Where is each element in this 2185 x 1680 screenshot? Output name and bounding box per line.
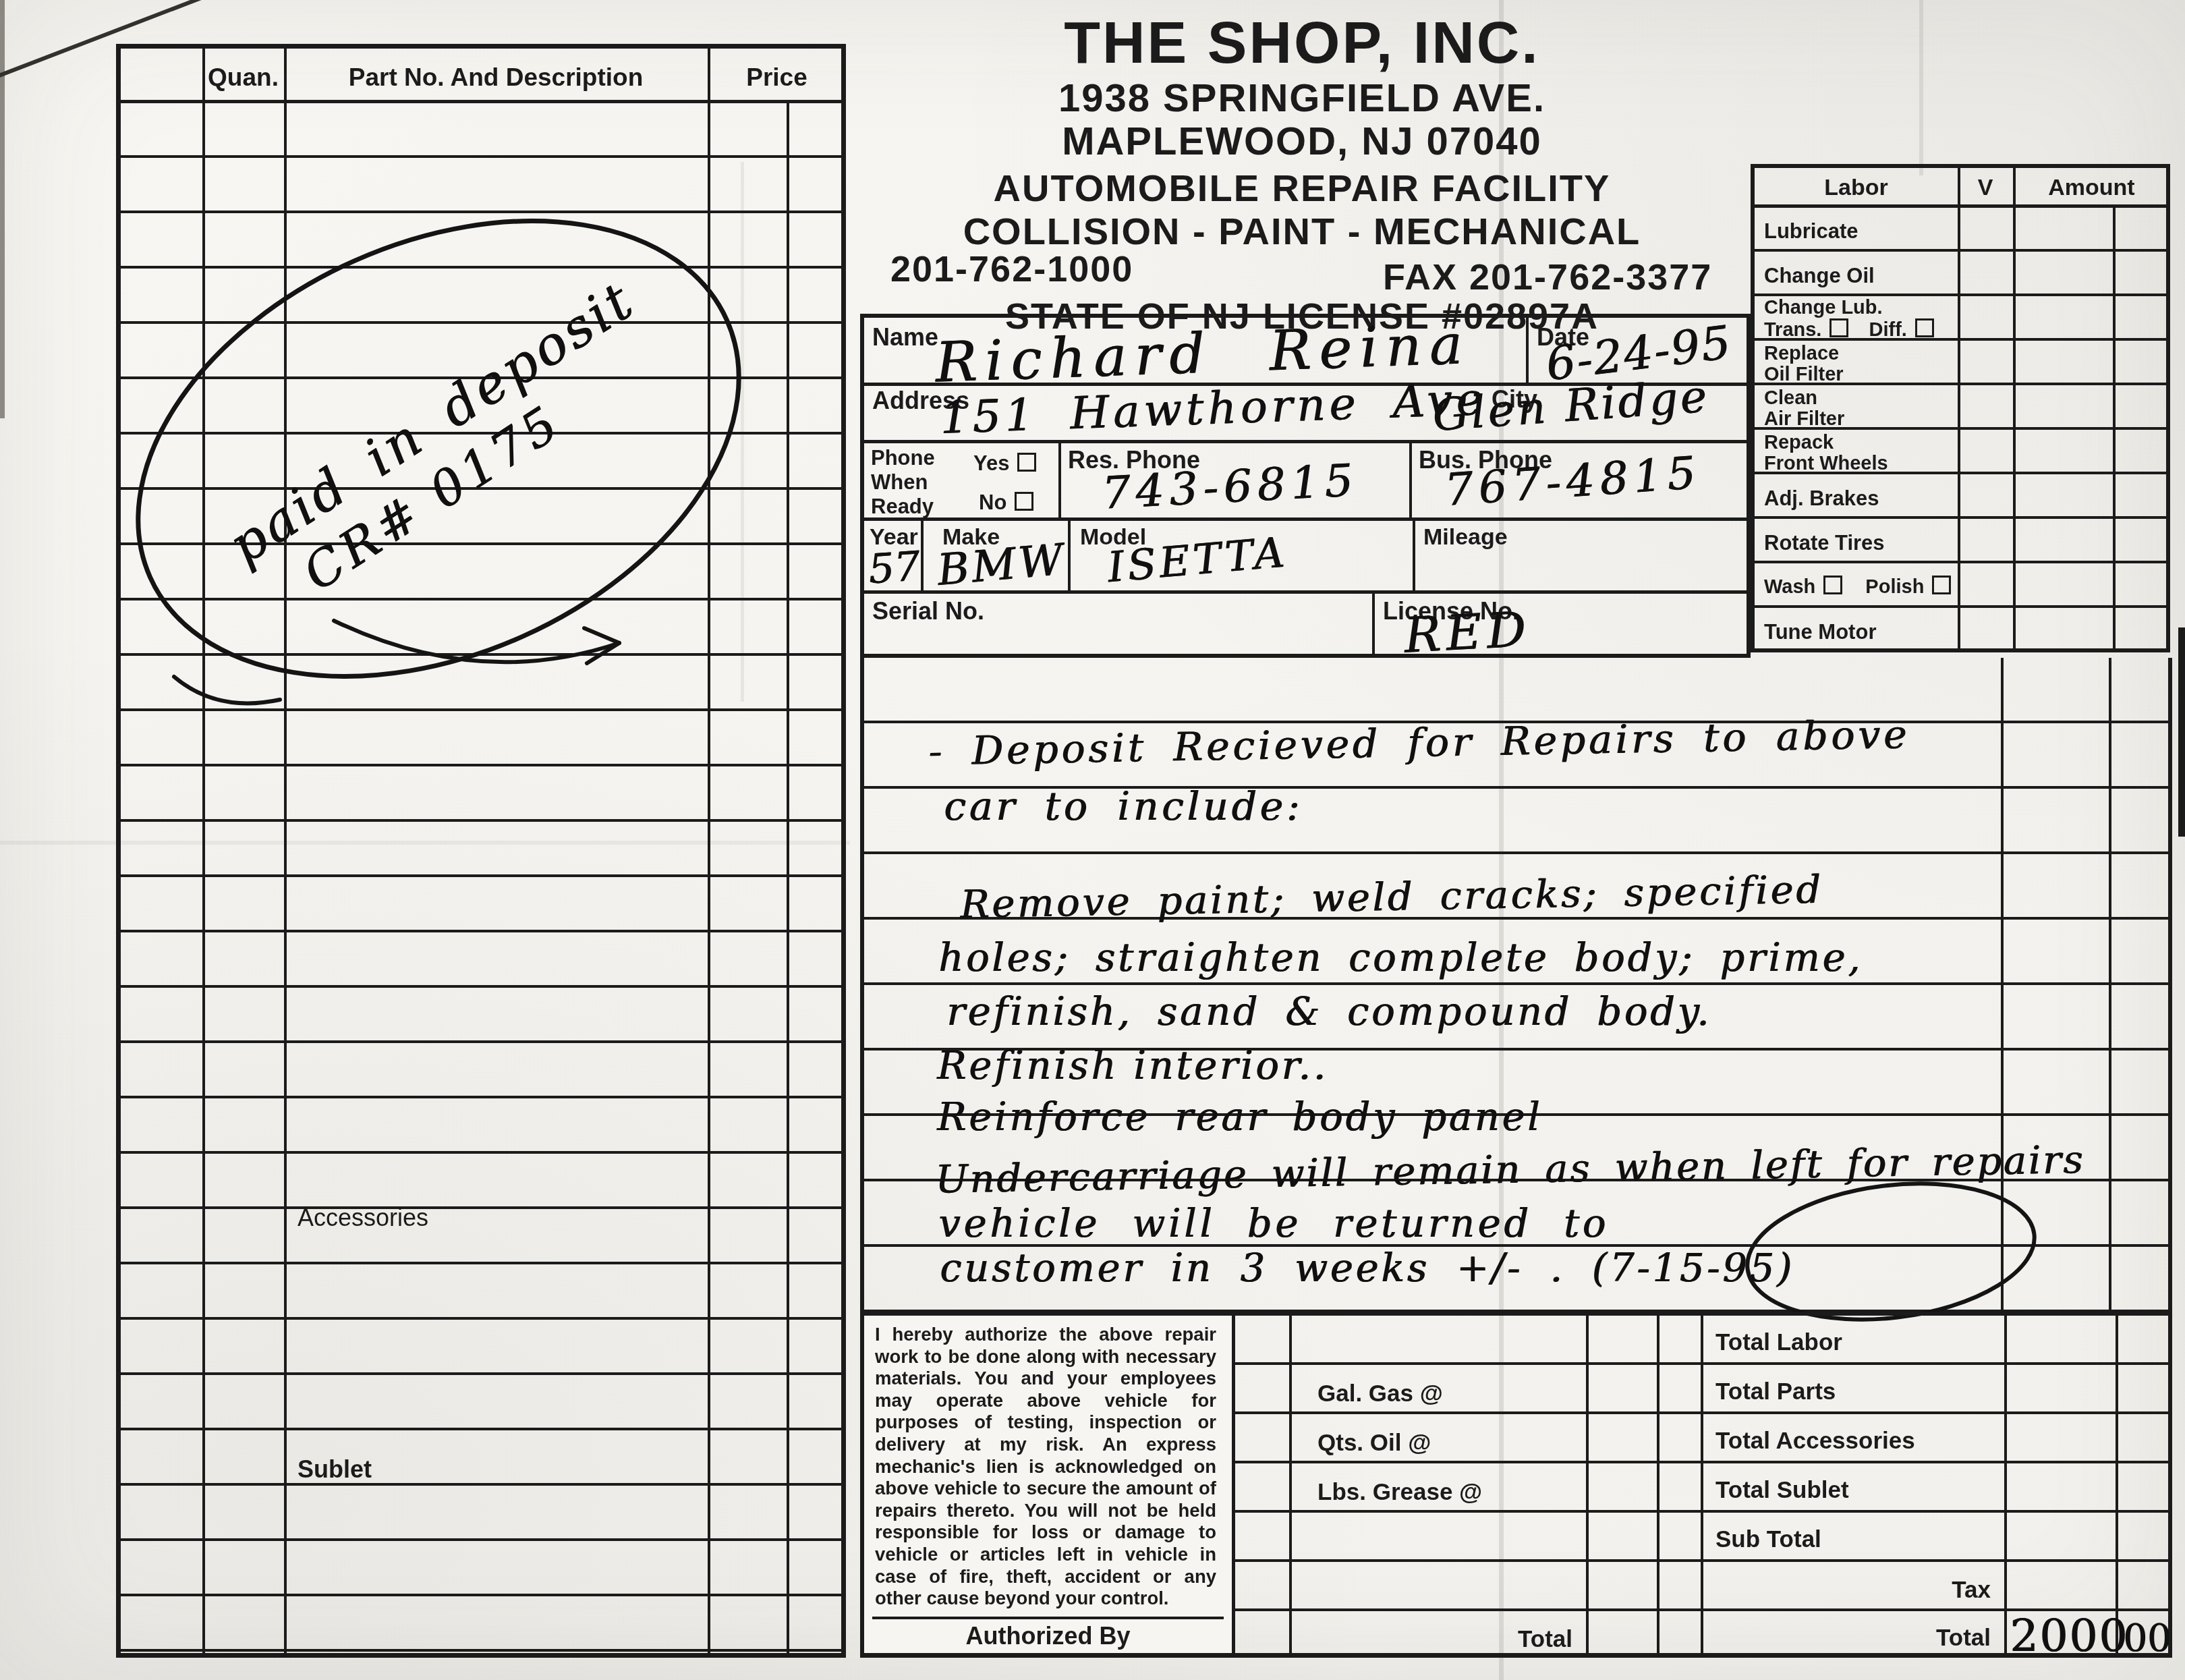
res-bus-divider xyxy=(1409,443,1412,517)
mileage-field-label: Mileage xyxy=(1423,524,1508,551)
serial-license-divider xyxy=(1372,594,1375,654)
customer-vehicle-form: Name Date Richard Reina 6-24-95 Address … xyxy=(860,314,1751,658)
labor-trans-label: Trans. xyxy=(1764,319,1821,341)
parts-header-divider xyxy=(121,100,841,103)
company-facility-line2: COLLISION - PAINT - MECHANICAL xyxy=(863,209,1740,253)
note-line-vehicle-returned: vehicle will be returned to xyxy=(938,1202,1609,1246)
note-line-include: car to include: xyxy=(944,783,1303,829)
work-notes-area: - Deposit Recieved for Repairs to above … xyxy=(860,658,2172,1312)
parts-col-description-header: Part No. And Description xyxy=(284,63,708,92)
bottom-divider-1 xyxy=(1289,1316,1292,1653)
fluids-total-label: Total xyxy=(1336,1626,1572,1653)
labor-amount-divider xyxy=(2013,168,2016,648)
parts-col-quan-header: Quan. xyxy=(202,63,284,92)
labor-row-lubricate: Lubricate xyxy=(1764,219,1858,244)
labor-row-clean-air-filter: Clean Air Filter xyxy=(1764,388,1844,430)
left-edge-shadow xyxy=(0,0,5,418)
labor-row-rotate-tires: Rotate Tires xyxy=(1764,531,1885,555)
labor-header-divider xyxy=(1755,204,2166,208)
bottom-divider-2 xyxy=(1586,1316,1589,1653)
labor-table: Labor V Amount Lubricate Change Oil Chan… xyxy=(1751,164,2170,652)
note-line-refinish-interior: Refinish interior.. xyxy=(937,1044,1328,1088)
bottom-divider-6 xyxy=(2116,1316,2118,1653)
bottom-right-border xyxy=(2168,1316,2172,1653)
gal-gas-label: Gal. Gas @ xyxy=(1317,1380,1443,1407)
note-line-reinforce: Reinforce rear body panel xyxy=(937,1095,1542,1140)
sublet-section-label: Sublet xyxy=(297,1455,372,1484)
repair-order-scan: Quan. Part No. And Description Price Acc… xyxy=(0,0,2185,1680)
bottom-section: I hereby authorize the above repair work… xyxy=(860,1312,2172,1658)
vertical-fold-topright xyxy=(1919,0,1923,175)
total-sublet-label: Total Sublet xyxy=(1715,1477,1849,1504)
labor-check-col-header: V xyxy=(1958,175,2013,201)
labor-row-repack-front-wheels: Repack Front Wheels xyxy=(1764,432,1888,474)
bottom-divider-5 xyxy=(2004,1316,2007,1653)
labor-row-change-lub: Change Lub. Trans. Diff. xyxy=(1764,298,1934,341)
name-date-divider xyxy=(1526,318,1529,383)
phone-no-option: No xyxy=(979,491,1033,515)
company-facility-line1: AUTOMOBILE REPAIR FACILITY xyxy=(863,166,1740,210)
labor-row-replace-oil-filter: Replace Oil Filter xyxy=(1764,343,1844,385)
labor-wash-label: Wash xyxy=(1764,576,1815,598)
total-labor-label: Total Labor xyxy=(1715,1329,1842,1356)
model-mileage-divider xyxy=(1413,521,1415,590)
company-address-line2: MAPLEWOOD, NJ 07040 xyxy=(863,119,1740,164)
phone-res-divider xyxy=(1058,443,1061,517)
diff-checkbox xyxy=(1915,318,1934,337)
total-cents-handwriting: 00 xyxy=(2123,1617,2171,1660)
year-make-divider xyxy=(921,521,924,590)
phone-yes-option: Yes xyxy=(973,451,1036,476)
tax-label: Tax xyxy=(1741,1577,1991,1604)
labor-amount-col-header: Amount xyxy=(2013,175,2170,201)
lbs-grease-label: Lbs. Grease @ xyxy=(1317,1479,1482,1506)
polish-checkbox xyxy=(1932,576,1951,594)
name-field-label: Name xyxy=(872,323,938,352)
company-header: THE SHOP, INC. 1938 SPRINGFIELD AVE. MAP… xyxy=(863,0,1740,314)
labor-row-tune-motor: Tune Motor xyxy=(1764,620,1876,644)
authorization-text: I hereby authorize the above repair work… xyxy=(875,1324,1216,1610)
bottom-divider-3 xyxy=(1657,1316,1659,1653)
labor-row-change-oil: Change Oil xyxy=(1764,264,1875,288)
labor-change-lub-label: Change Lub. xyxy=(1764,297,1883,318)
note-line-holes: holes; straighten complete body; prime, xyxy=(938,936,1863,980)
company-phone: 201-762-1000 xyxy=(890,248,1133,290)
note-line-refinish-sand: refinish, sand & compound body. xyxy=(946,990,1711,1034)
grand-total-label: Total xyxy=(1741,1625,1991,1652)
authorized-by-label: Authorized By xyxy=(864,1622,1232,1650)
total-dollars-handwriting: 2000 xyxy=(2010,1610,2128,1662)
labor-row-wash-polish: Wash Polish xyxy=(1764,576,1951,598)
trans-checkbox xyxy=(1829,318,1848,337)
wash-checkbox xyxy=(1823,576,1842,594)
total-parts-label: Total Parts xyxy=(1715,1378,1836,1405)
make-value-handwriting: BMW xyxy=(935,535,1067,596)
parts-col-price-header: Price xyxy=(708,63,846,92)
right-edge-mark xyxy=(2178,627,2185,837)
sub-total-label: Sub Total xyxy=(1715,1526,1821,1553)
phone-yes-checkbox xyxy=(1017,453,1036,472)
notes-right-border xyxy=(2168,658,2172,1312)
company-name: THE SHOP, INC. xyxy=(863,8,1740,77)
notes-amount-divider-2 xyxy=(2109,658,2111,1312)
accessories-section-label: Accessories xyxy=(297,1204,428,1232)
make-model-divider xyxy=(1068,521,1071,590)
bottom-divider-4 xyxy=(1701,1316,1703,1653)
labor-polish-label: Polish xyxy=(1865,576,1924,598)
labor-check-divider xyxy=(1958,168,1960,648)
labor-col-header: Labor xyxy=(1755,175,1958,201)
qts-oil-label: Qts. Oil @ xyxy=(1317,1430,1431,1457)
company-address-line1: 1938 SPRINGFIELD AVE. xyxy=(863,76,1740,121)
signature-line xyxy=(872,1617,1224,1619)
year-value-handwriting: 57 xyxy=(867,542,921,593)
note-line-three-weeks: customer in 3 weeks +/- . (7-15-95) xyxy=(940,1246,1794,1291)
total-accessories-label: Total Accessories xyxy=(1715,1428,1915,1455)
company-fax: FAX 201-762-3377 xyxy=(1383,256,1712,298)
labor-diff-label: Diff. xyxy=(1869,319,1907,341)
license-value-handwriting: RED xyxy=(1402,600,1533,664)
labor-row-adj-brakes: Adj. Brakes xyxy=(1764,486,1879,511)
labor-cents-divider xyxy=(2113,208,2116,648)
authorization-box: I hereby authorize the above repair work… xyxy=(864,1316,1235,1653)
serial-no-label: Serial No. xyxy=(872,597,984,625)
phone-when-ready-label: Phone When Ready xyxy=(871,446,935,519)
phone-no-checkbox xyxy=(1015,492,1033,511)
